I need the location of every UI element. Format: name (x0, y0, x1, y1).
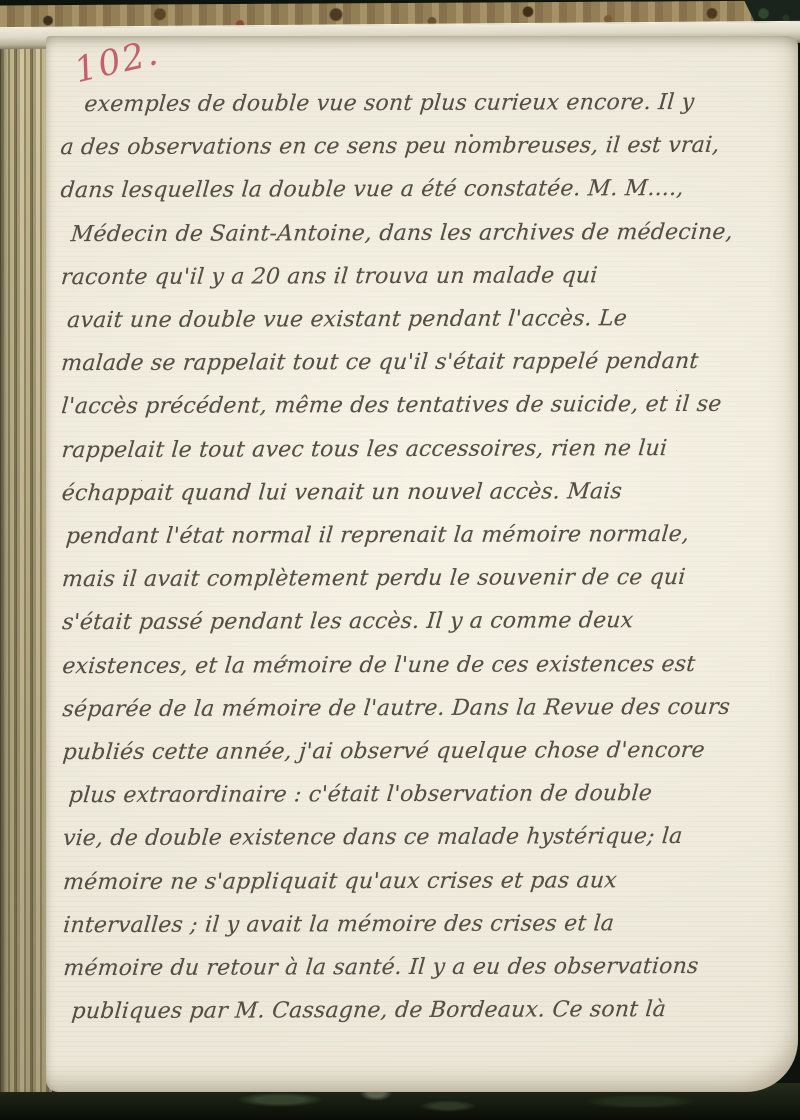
manuscript-text: exemples de double vue sont plus curieux… (60, 81, 735, 1034)
manuscript-line: mais il avait complètement perdu le souv… (60, 556, 736, 602)
manuscript-line: raconte qu'il y a 20 ans il trouva un ma… (59, 254, 735, 300)
manuscript-line: intervalles ; il y avait la mémoire des … (61, 902, 737, 948)
manuscript-line: plus extraordinaire : c'était l'observat… (61, 772, 737, 818)
manuscript-line: dans lesquelles la double vue a été cons… (59, 167, 735, 213)
manuscript-line: s'était passé pendant les accès. Il y a … (60, 599, 736, 645)
manuscript-line: pendant l'état normal il reprenait la mé… (60, 513, 736, 559)
manuscript-line: rappelait le tout avec tous les accessoi… (60, 426, 736, 472)
page-fore-edges-left (0, 34, 52, 1092)
manuscript-line: échappait quand lui venait un nouvel acc… (60, 470, 736, 516)
manuscript-line: publiques par M. Cassagne, de Bordeaux. … (62, 988, 738, 1034)
manuscript-line: l'accès précédent, même des tentatives d… (60, 383, 736, 429)
book-scan: 102. exemples de double vue sont plus cu… (0, 0, 800, 1120)
manuscript-line: Médecin de Saint-Antoine, dans les archi… (59, 210, 735, 256)
manuscript-line: existences, et la mémoire de l'une de ce… (61, 642, 737, 688)
manuscript-line: malade se rappelait tout ce qu'il s'étai… (60, 340, 736, 386)
manuscript-line: avait une double vue existant pendant l'… (59, 297, 735, 343)
manuscript-line: mémoire ne s'appliquait qu'aux crises et… (61, 858, 737, 904)
manuscript-line: séparée de la mémoire de l'autre. Dans l… (61, 686, 737, 732)
manuscript-line: vie, de double existence dans ce malade … (61, 815, 737, 861)
manuscript-line: exemples de double vue sont plus curieux… (59, 81, 735, 127)
manuscript-line: publiés cette année, j'ai observé quelqu… (61, 729, 737, 775)
manuscript-line: mémoire du retour à la santé. Il y a eu … (62, 945, 738, 991)
manuscript-line: a des observations en ce sens peu nombre… (59, 124, 735, 170)
